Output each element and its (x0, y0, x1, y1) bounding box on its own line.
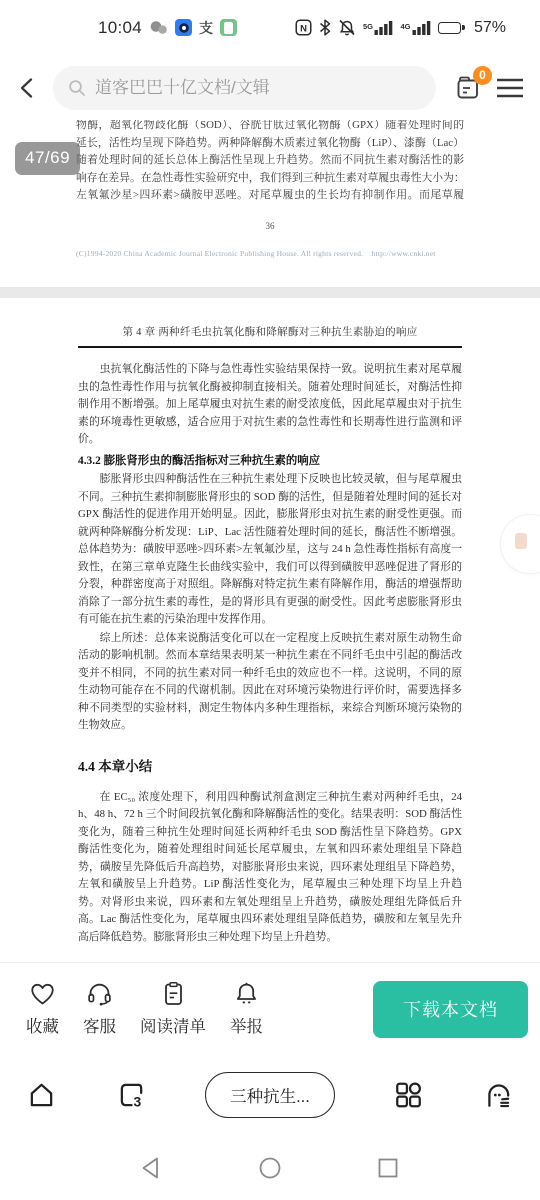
alipay-icon: 支 (199, 21, 213, 35)
battery-icon (438, 22, 465, 34)
search-input[interactable] (95, 78, 422, 98)
nfc-icon: N (295, 19, 312, 36)
toolbar-label: 收藏 (26, 1013, 59, 1037)
categories-icon[interactable] (393, 1080, 424, 1110)
android-back-icon[interactable] (139, 1155, 165, 1181)
sim-toolkit-icon (220, 19, 237, 36)
reading-list-icon (160, 981, 187, 1007)
svg-text:N: N (300, 23, 307, 34)
paragraph: 膨胀肾形虫四种酶活性在三种抗生素处理下反映也比较灵敏，但与尾草履虫不同。三种抗生… (78, 471, 462, 629)
page-progress-badge: 47/69 (15, 142, 80, 175)
page-36-text: 物酶，超氧化物歧化酶（SOD）、谷胱甘肽过氧化物酶（GPX）随着处理时间的 延长… (76, 120, 464, 205)
app-bottom-nav: 3 三种抗生... (0, 1055, 540, 1135)
toolbar-label: 阅读清单 (140, 1013, 206, 1037)
copyright-line: (C)1994-2020 China Academic Journal Elec… (76, 249, 464, 258)
document-viewer[interactable]: 物酶，超氧化物歧化酶（SOD）、谷胱甘肽过氧化物酶（GPX）随着处理时间的 延长… (0, 120, 540, 962)
search-bar[interactable] (53, 66, 436, 110)
android-recents-icon[interactable] (375, 1155, 401, 1181)
assistant-app-icon (175, 19, 192, 36)
current-document-pill[interactable]: 三种抗生... (205, 1072, 335, 1118)
notice-count-badge: 0 (473, 66, 492, 85)
toolbar-label: 举报 (230, 1013, 263, 1037)
document-toolbar: 收藏 客服 阅读清单 举报 下载本文档 (0, 962, 540, 1055)
report-bell-icon (233, 981, 260, 1007)
mute-bell-icon (338, 19, 356, 36)
battery-percent: 57% (474, 19, 506, 37)
status-bar: 10:04 支 N 5G 4G (0, 0, 540, 55)
toolbar-label: 客服 (83, 1013, 116, 1037)
recent-docs-icon[interactable]: 3 (116, 1080, 147, 1110)
signal-5g-icon: 5G (363, 21, 394, 35)
wechat-icon (149, 20, 168, 36)
search-icon (67, 78, 87, 98)
paragraph: 虫抗氧化酶活性的下降与急性毒性实验结果保持一致。说明抗生素对尾草履虫的急性毒性作… (78, 361, 462, 449)
bluetooth-icon (319, 19, 331, 36)
app-header: 0 (0, 55, 540, 120)
report-button[interactable]: 举报 (218, 981, 275, 1037)
document-page-36: 物酶，超氧化物歧化酶（SOD）、谷胱甘肽过氧化物酶（GPX）随着处理时间的 延长… (0, 120, 540, 287)
favorite-button[interactable]: 收藏 (14, 981, 71, 1037)
section-heading-432: 4.3.2 膨胀肾形虫的酶活指标对三种抗生素的响应 (78, 453, 462, 471)
section-heading-44: 4.4 本章小结 (78, 755, 462, 775)
signal-4g-icon: 4G (400, 21, 431, 35)
reading-list-button[interactable]: 阅读清单 (128, 981, 218, 1037)
android-home-icon[interactable] (257, 1155, 283, 1181)
android-nav-bar (0, 1135, 540, 1200)
doc-notice-button[interactable]: 0 (453, 73, 483, 103)
menu-icon[interactable] (496, 77, 524, 99)
recent-count: 3 (133, 1093, 141, 1109)
headset-icon (86, 981, 113, 1007)
customer-service-button[interactable]: 客服 (71, 981, 128, 1037)
back-icon[interactable] (16, 76, 40, 100)
paragraph: 综上所述：总体来说酶活变化可以在一定程度上反映抗生素对原生动物生命活动的影响机制… (78, 630, 462, 735)
heart-icon (29, 981, 56, 1007)
home-icon[interactable] (26, 1080, 57, 1110)
paragraph: 在 EC₅₀ 浓度处理下，利用四种酶试剂盒测定三种抗生素对两种纤毛虫，24 h、… (78, 789, 462, 947)
chapter-running-head: 第 4 章 两种纤毛虫抗氧化酶和降解酶对三种抗生素胁迫的响应 (78, 324, 462, 348)
profile-icon[interactable] (483, 1080, 514, 1110)
document-page-37: 第 4 章 两种纤毛虫抗氧化酶和降解酶对三种抗生素胁迫的响应 虫抗氧化酶活性的下… (0, 298, 540, 962)
page-separator (0, 287, 540, 298)
clock: 10:04 (98, 18, 142, 38)
download-document-button[interactable]: 下载本文档 (373, 981, 528, 1038)
page-number: 36 (76, 221, 464, 231)
